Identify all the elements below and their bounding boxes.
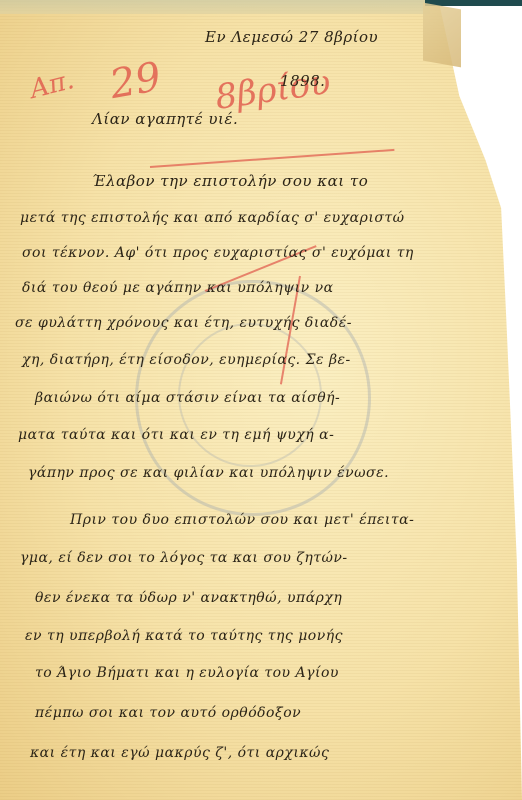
body-line: θεν ένεκα τα ύδωρ ν' ανακτηθώ, υπάρχη <box>35 590 342 606</box>
body-line: βαιώνω ότι αίμα στάσιν είναι τα αίσθή- <box>35 390 340 406</box>
body-line: ματα ταύτα και ότι και εν τη εμή ψυχή α- <box>18 427 334 443</box>
body-line: το Άγιο Βήματι και η ευλογία του Αγίου <box>35 665 339 681</box>
body-line: γμα, εί δεν σοι το λόγος τα και σου ζητώ… <box>20 550 348 566</box>
body-line: εν τη υπερβολή κατά το ταύτης της μονής <box>25 628 343 644</box>
body-line: και έτη και εγώ μακρύς ζ', ότι αρχικώς <box>30 745 329 761</box>
red-annotation-day: 29 <box>106 54 164 108</box>
body-line: χη, διατήρη, έτη είσοδον, ευημερίας. Σε … <box>22 352 351 368</box>
body-line: πέμπω σοι και τον αυτό ορθόδοξον <box>35 705 301 721</box>
body-line: σοι τέκνον. Αφ' ότι προς ευχαριστίας σ' … <box>22 245 414 261</box>
body-line: διά του θεού με αγάπην και υπόληψιν να <box>22 280 334 296</box>
body-line: γάπην προς σε και φιλίαν και υπόληψιν έν… <box>28 465 389 481</box>
year: 1898. <box>280 72 325 90</box>
folded-corner <box>423 3 461 68</box>
body-line: σε φυλάττη χρόνους και έτη, ευτυχής διαδ… <box>15 315 352 331</box>
body-line: Πριν του δυο επιστολών σου και μετ' έπει… <box>70 512 414 528</box>
place-date: Εν Λεμεσώ 27 8βρίου <box>205 28 378 46</box>
body-line: μετά της επιστολής και από καρδίας σ' ευ… <box>20 210 405 226</box>
paper-top-edge <box>0 0 430 14</box>
salutation: Λίαν αγαπητέ υιέ. <box>92 110 238 128</box>
body-line: Έλαβον την επιστολήν σου και το <box>92 172 368 190</box>
